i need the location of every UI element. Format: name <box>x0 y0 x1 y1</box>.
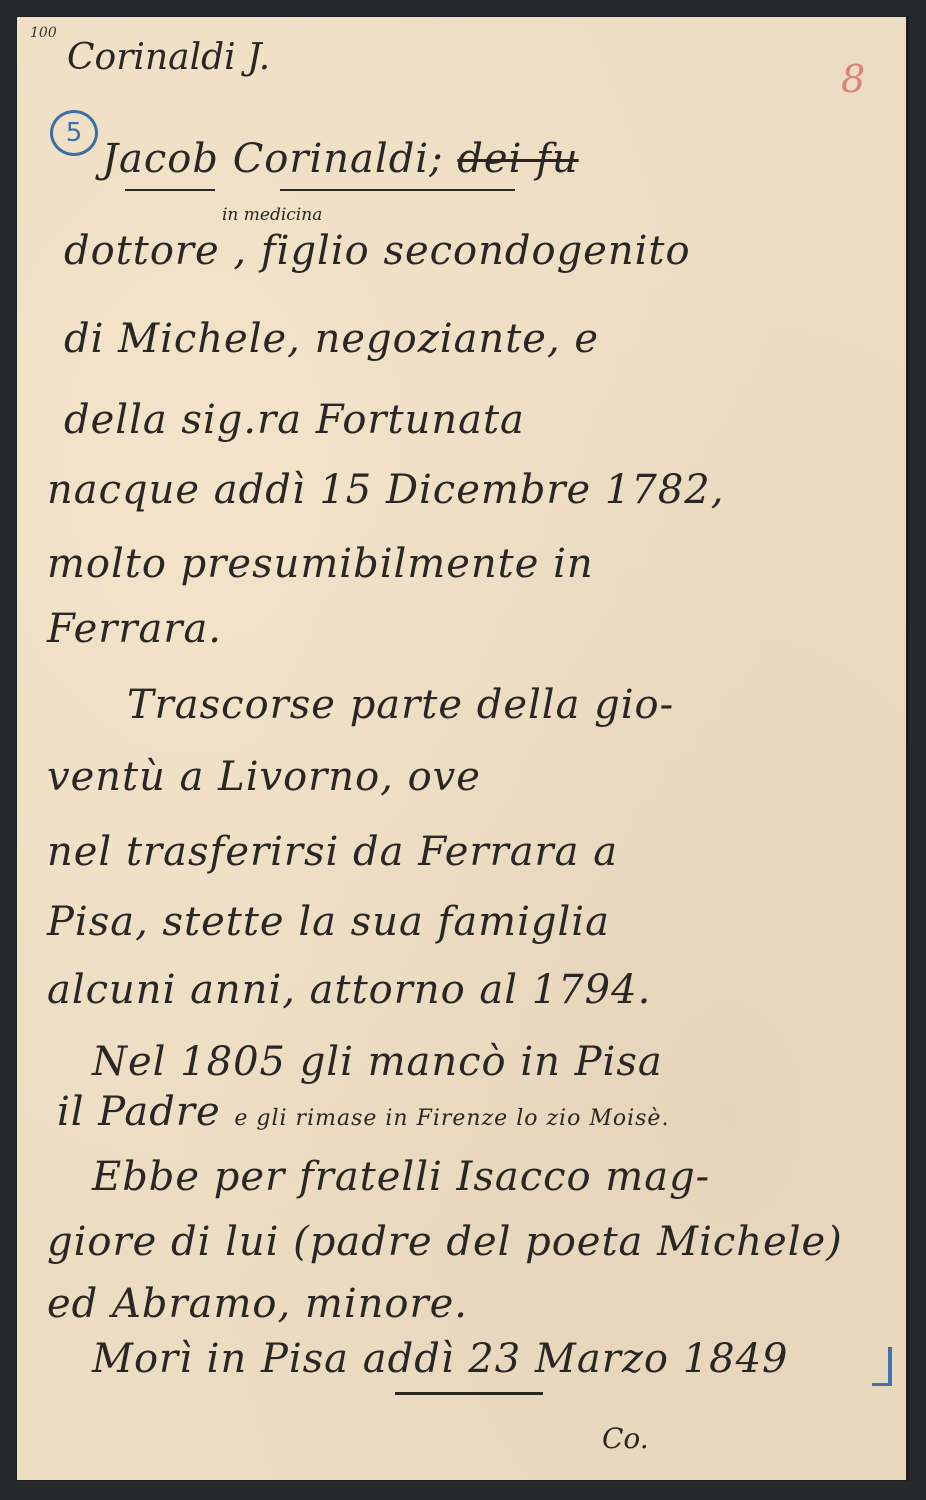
inserted-text: e gli rimase in Firenze lo zio Moisè. <box>234 1106 669 1131</box>
struck-text: dei fu <box>457 136 578 182</box>
text-line-12: alcuni anni, attorno al 1794. <box>47 970 651 1010</box>
signature: Co. <box>602 1422 649 1455</box>
sheet-edge <box>906 17 909 1480</box>
text-line-7: Ferrara. <box>47 609 222 649</box>
closing-rule <box>395 1392 543 1395</box>
surname-underline <box>280 189 515 191</box>
text-line-11: Pisa, stette la sua famiglia <box>47 902 610 942</box>
reference-number: 100 <box>30 25 57 41</box>
manuscript-sheet: 100 Corinaldi J. 8 5 Jacob Corinaldi; de… <box>17 17 908 1480</box>
text-line-5: nacque addì 15 Dicembre 1782, <box>47 470 724 510</box>
blue-circled-number: 5 <box>50 110 98 156</box>
line-text: Jacob Corinaldi; <box>102 136 444 182</box>
text-line-16: giore di lui (padre del poeta Michele) <box>47 1222 843 1262</box>
text-line-2: dottore , figlio secondogenito <box>64 231 691 271</box>
name-underline <box>125 189 215 191</box>
text-line-1: Jacob Corinaldi; dei fu <box>102 139 579 179</box>
text-line-3: di Michele, negoziante, e <box>64 319 599 359</box>
header-name: Corinaldi J. <box>67 37 270 78</box>
text-line-4: della sig.ra Fortunata <box>64 400 525 440</box>
interlinear-insert: in medicina <box>222 205 322 225</box>
line-text: il Padre <box>57 1089 221 1135</box>
text-line-18: Morì in Pisa addì 23 Marzo 1849 <box>92 1339 789 1379</box>
text-line-14: il Padre e gli rimase in Firenze lo zio … <box>57 1092 669 1132</box>
text-line-9: ventù a Livorno, ove <box>47 757 481 797</box>
text-line-15: Ebbe per fratelli Isacco mag- <box>92 1157 710 1197</box>
text-line-17: ed Abramo, minore. <box>47 1284 468 1324</box>
red-page-mark: 8 <box>841 57 865 101</box>
text-line-13: Nel 1805 gli mancò in Pisa <box>92 1042 663 1082</box>
blue-bracket-mark <box>872 1347 892 1386</box>
text-line-6: molto presumibilmente in <box>47 544 594 584</box>
text-line-8: Trascorse parte della gio- <box>127 685 674 725</box>
text-line-10: nel trasferirsi da Ferrara a <box>47 832 618 872</box>
